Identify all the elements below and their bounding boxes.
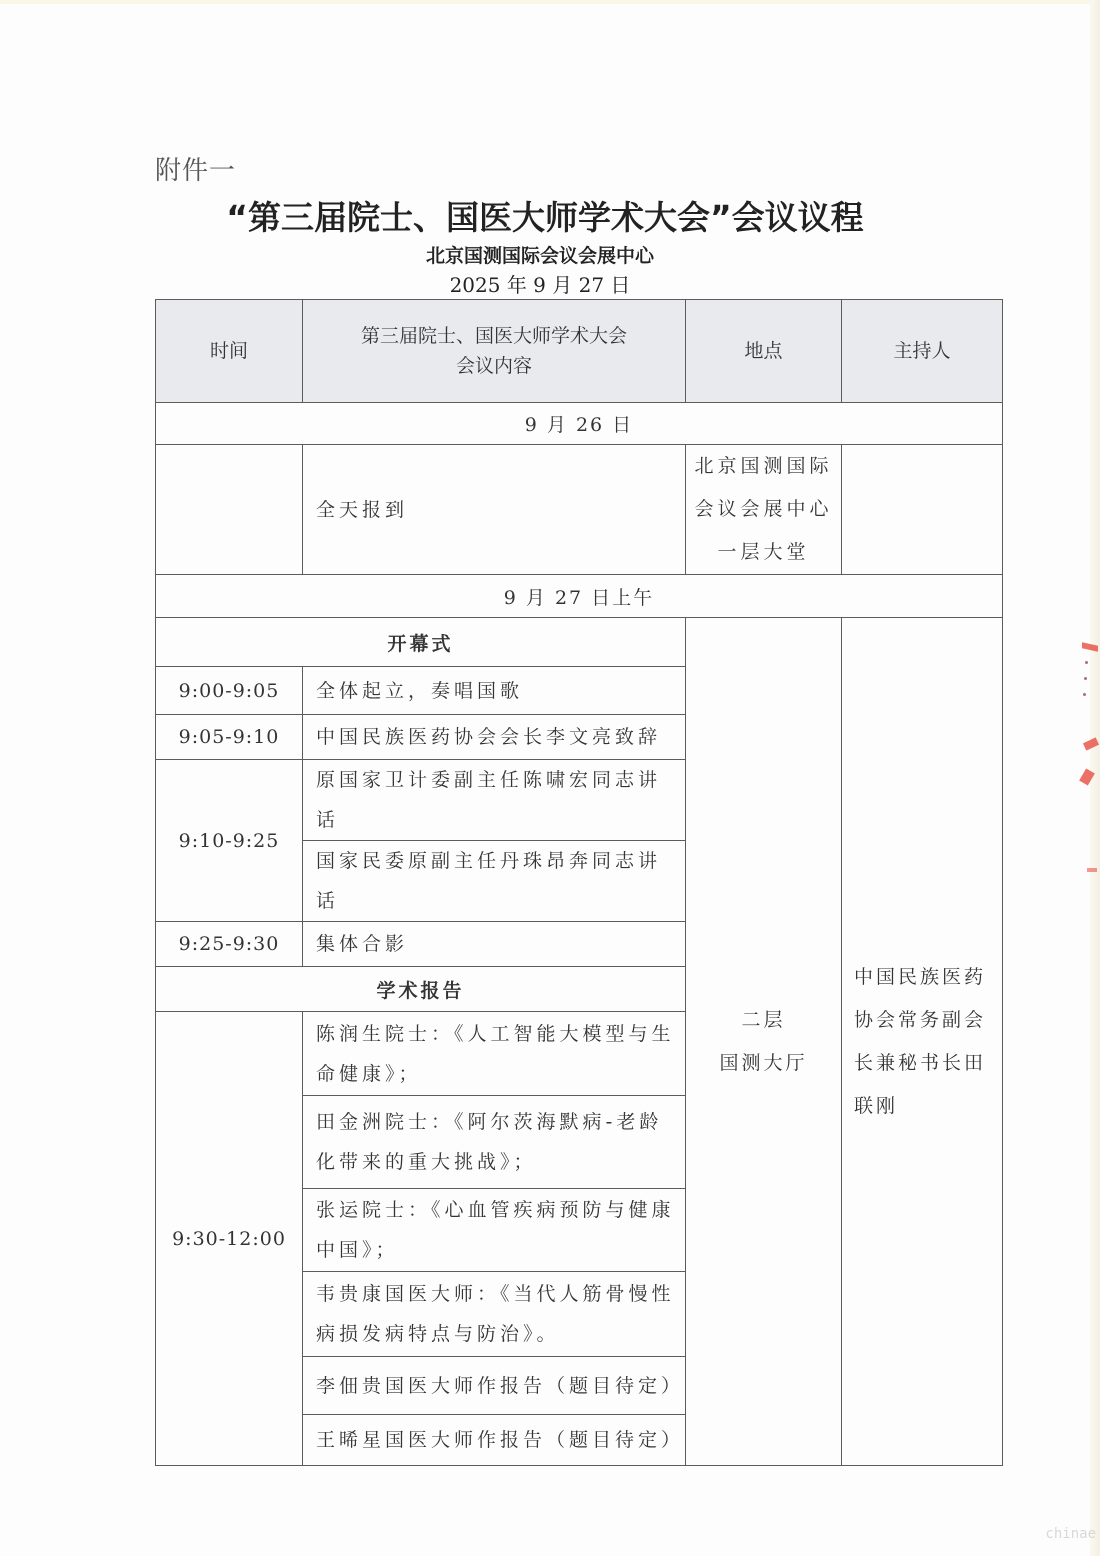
document-title: “第三届院士、国医大师学术大会”会议议程 <box>0 192 1090 239</box>
report-item: 张运院士：《心血管疾病预防与健康中国》； <box>303 1189 686 1272</box>
date-label-day1: 9 月 26 日 <box>156 403 1003 445</box>
header-host: 主持人 <box>842 300 1003 403</box>
item-time: 9:05-9:10 <box>156 715 303 760</box>
registration-location-line: 一层大堂 <box>686 531 841 574</box>
table-row-registration: 全天报到 北京国测国际 会议会展中心 一层大堂 <box>156 445 1003 575</box>
day2-location: 二层 国测大厅 <box>686 618 842 1466</box>
header-time: 时间 <box>156 300 303 403</box>
day2-location-line: 国测大厅 <box>686 1042 841 1085</box>
agenda-table-wrapper: 时间 第三届院士、国医大师学术大会 会议内容 地点 主持人 9 月 26 日 全… <box>155 299 1003 1466</box>
header-content-line2: 会议内容 <box>303 351 685 381</box>
registration-time <box>156 445 303 575</box>
document-date: 2025 年 9 月 27 日 <box>0 269 1080 298</box>
item-time: 9:10-9:25 <box>156 760 303 922</box>
seal-fragment-dot <box>1083 693 1086 696</box>
report-item: 陈润生院士：《人工智能大模型与生命健康》； <box>303 1012 686 1096</box>
document-venue: 北京国测国际会议会展中心 <box>0 241 1080 268</box>
date-row-day2: 9 月 27 日上午 <box>156 575 1003 618</box>
registration-content: 全天报到 <box>303 445 686 575</box>
watermark: chinae <box>1045 1526 1096 1542</box>
item-content: 原国家卫计委副主任陈啸宏同志讲话 <box>303 760 686 841</box>
report-item: 李佃贵国医大师作报告（题目待定） <box>303 1357 686 1415</box>
item-content: 中国民族医药协会会长李文亮致辞 <box>303 715 686 760</box>
item-content: 全体起立，奏唱国歌 <box>303 667 686 715</box>
seal-fragment-dot <box>1085 661 1088 664</box>
section-row-opening: 开幕式 二层 国测大厅 中国民族医药协会常务副会长兼秘书长田联刚 <box>156 618 1003 667</box>
day2-host-text: 中国民族医药协会常务副会长兼秘书长田联刚 <box>854 956 994 1128</box>
day2-host: 中国民族医药协会常务副会长兼秘书长田联刚 <box>842 618 1003 1466</box>
registration-location-line: 北京国测国际 <box>686 445 841 488</box>
registration-host <box>842 445 1003 575</box>
report-item: 王晞星国医大师作报告（题目待定） <box>303 1415 686 1466</box>
report-item: 田金洲院士：《阿尔茨海默病-老龄化带来的重大挑战》； <box>303 1096 686 1189</box>
report-item: 韦贵康国医大师：《当代人筋骨慢性病损发病特点与防治》。 <box>303 1272 686 1357</box>
registration-location: 北京国测国际 会议会展中心 一层大堂 <box>686 445 842 575</box>
header-content: 第三届院士、国医大师学术大会 会议内容 <box>303 300 686 403</box>
attachment-label: 附件一 <box>155 150 236 187</box>
section-title-opening: 开幕式 <box>156 618 686 667</box>
day2-location-line: 二层 <box>686 999 841 1042</box>
date-row-day1: 9 月 26 日 <box>156 403 1003 445</box>
item-content: 集体合影 <box>303 922 686 967</box>
section-title-academic: 学术报告 <box>156 967 686 1012</box>
date-label-day2: 9 月 27 日上午 <box>156 575 1003 618</box>
page-top-band <box>0 0 1100 4</box>
academic-time: 9:30-12:00 <box>156 1012 303 1466</box>
item-content: 国家民委原副主任丹珠昂奔同志讲话 <box>303 841 686 922</box>
header-location: 地点 <box>686 300 842 403</box>
header-content-line1: 第三届院士、国医大师学术大会 <box>303 321 685 351</box>
seal-fragment-dot <box>1084 677 1087 680</box>
table-header-row: 时间 第三届院士、国医大师学术大会 会议内容 地点 主持人 <box>156 300 1003 403</box>
seal-fragment-mark <box>1087 868 1097 872</box>
item-time: 9:25-9:30 <box>156 922 303 967</box>
registration-location-line: 会议会展中心 <box>686 488 841 531</box>
agenda-table: 时间 第三届院士、国医大师学术大会 会议内容 地点 主持人 9 月 26 日 全… <box>155 299 1003 1466</box>
item-time: 9:00-9:05 <box>156 667 303 715</box>
